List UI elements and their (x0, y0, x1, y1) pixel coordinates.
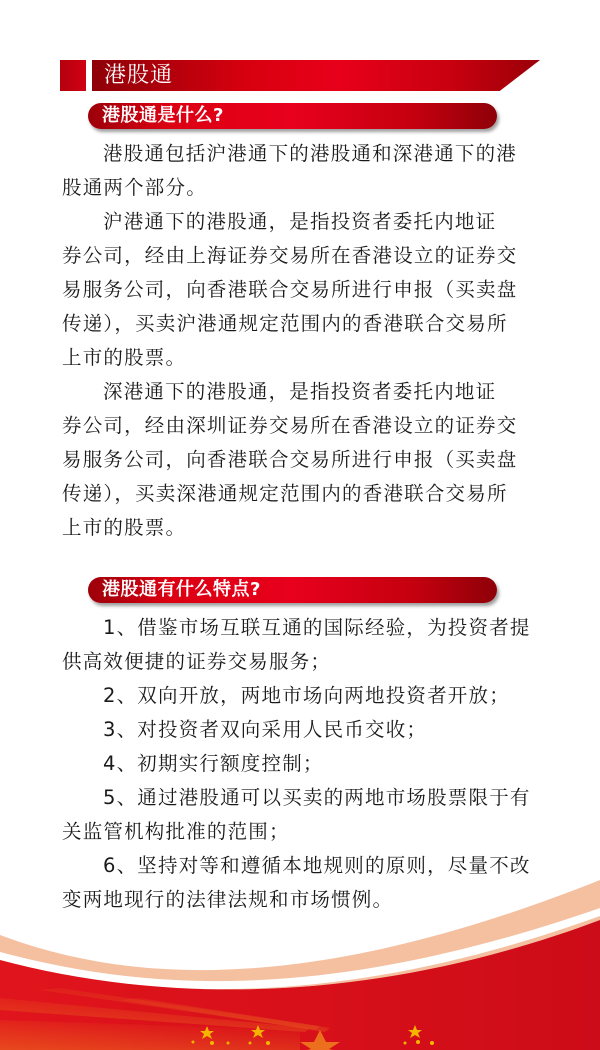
list-item-4: 4、初期实行额度控制； (62, 747, 552, 781)
paragraph-shanghai-connect: 沪港通下的港股通，是指投资者委托内地证 券公司，经由上海证券交易所在香港设立的证… (62, 205, 552, 375)
list-item-5: 5、通过港股通可以买卖的两地市场股票限于有 (62, 781, 552, 815)
text-line: 上市的股票。 (62, 511, 552, 545)
text-line: 沪港通下的港股通，是指投资者委托内地证 (62, 205, 552, 239)
title-accent-square (60, 60, 86, 91)
paragraph-intro: 港股通包括沪港通下的港股通和深港通下的港 股通两个部分。 (62, 137, 552, 205)
list-item-1-cont: 供高效便捷的证券交易服务； (62, 645, 552, 679)
list-item-1: 1、借鉴市场互联互通的国际经验，为投资者提 (62, 611, 552, 645)
text-line: 易服务公司，向香港联合交易所进行申报（买卖盘 (62, 273, 552, 307)
section-heading-label: 港股通有什么特点? (102, 577, 261, 603)
list-item-2: 2、双向开放，两地市场向两地投资者开放； (62, 679, 552, 713)
list-item-3: 3、对投资者双向采用人民币交收； (62, 713, 552, 747)
text-line: 股通两个部分。 (62, 171, 552, 205)
text-line: 易服务公司，向香港联合交易所进行申报（买卖盘 (62, 443, 552, 477)
list-item-5-cont: 关监管机构批准的范围； (62, 815, 552, 849)
text-line: 上市的股票。 (62, 341, 552, 375)
footer-red-swoosh-decoration (0, 860, 600, 1050)
section-heading-what-is: 港股通是什么? (88, 103, 497, 129)
page-title: 港股通 (104, 60, 173, 91)
section-heading-features: 港股通有什么特点? (88, 577, 497, 603)
text-line: 传递），买卖深港通规定范围内的香港联合交易所 (62, 477, 552, 511)
text-line: 港股通包括沪港通下的港股通和深港通下的港 (62, 137, 552, 171)
section-heading-label: 港股通是什么? (102, 103, 224, 129)
text-line: 券公司，经由上海证券交易所在香港设立的证券交 (62, 239, 552, 273)
text-line: 券公司，经由深圳证券交易所在香港设立的证券交 (62, 409, 552, 443)
paragraph-shenzhen-connect: 深港通下的港股通，是指投资者委托内地证 券公司，经由深圳证券交易所在香港设立的证… (62, 375, 552, 545)
text-line: 传递），买卖沪港通规定范围内的香港联合交易所 (62, 307, 552, 341)
text-line: 深港通下的港股通，是指投资者委托内地证 (62, 375, 552, 409)
